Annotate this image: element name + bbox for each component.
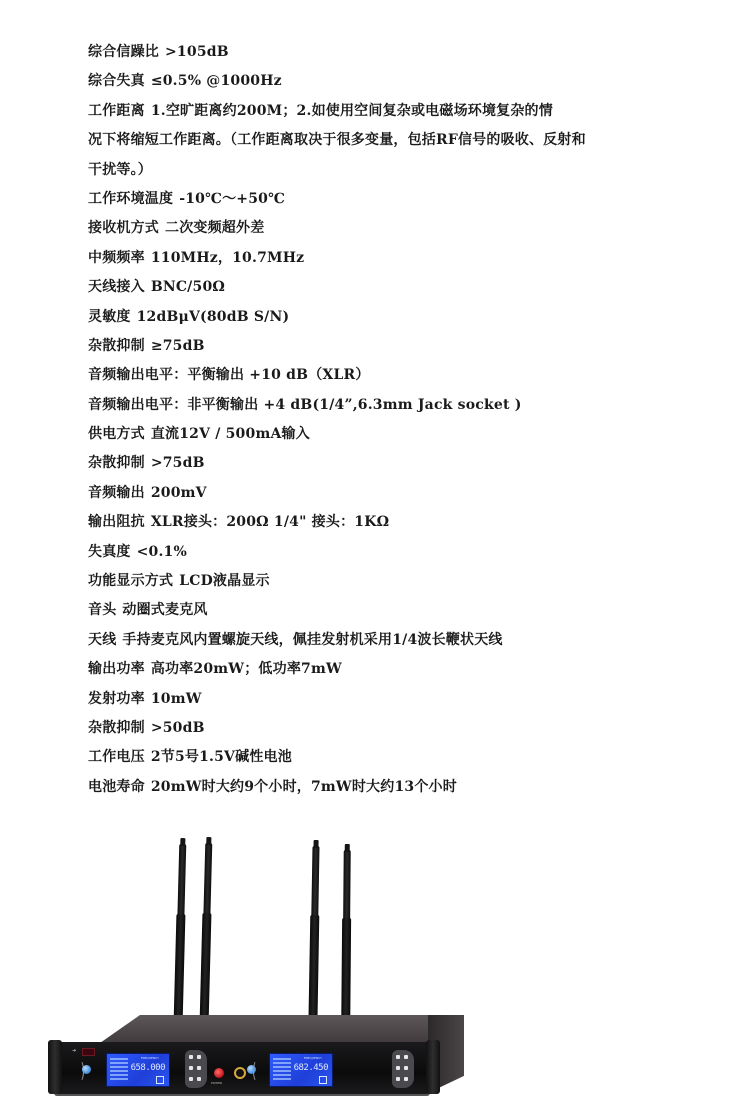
spec-label: 发射功率 <box>88 691 145 707</box>
spec-label: 供电方式 <box>88 426 145 442</box>
lcd-mode-icon <box>319 1076 327 1084</box>
spec-line: 失真度<0.1% <box>88 538 728 567</box>
down-key[interactable] <box>189 1066 193 1070</box>
antenna-icon <box>309 846 319 1019</box>
mute-key[interactable] <box>197 1066 201 1070</box>
lcd-caption: FREQUENCY <box>304 1056 322 1060</box>
spec-label: 失真度 <box>88 544 131 560</box>
spec-line: 供电方式直流12V / 500mA输入 <box>88 420 728 449</box>
spec-line: 灵敏度12dBμV(80dB S/N) <box>88 303 728 332</box>
key-cluster-b <box>392 1050 414 1088</box>
power-button[interactable] <box>214 1068 224 1078</box>
spec-line: 杂散抑制≥75dB <box>88 332 728 361</box>
spec-value: <0.1% <box>137 544 187 560</box>
spec-label: 音频输出 <box>88 485 145 501</box>
set-key[interactable] <box>404 1055 408 1059</box>
spec-label: 音频输出电平： <box>88 397 187 413</box>
power-label: POWER <box>211 1081 222 1085</box>
spec-line: 工作环境温度-10℃～+50℃ <box>88 185 728 214</box>
headphone-jack <box>234 1067 246 1079</box>
spec-label: 综合失真 <box>88 73 145 89</box>
rack-ear-left <box>48 1040 62 1094</box>
spec-line: 音频输出电平：平衡输出 +10 dB（XLR） <box>88 361 728 390</box>
spec-label: 中频频率 <box>88 250 145 266</box>
spec-label: 音头 <box>88 602 116 618</box>
spec-label: 天线接入 <box>88 279 145 295</box>
up-key[interactable] <box>189 1055 193 1059</box>
rf-af-meter-icon <box>110 1058 128 1080</box>
spec-line: 发射功率10mW <box>88 685 728 714</box>
spec-value: 2节5号1.5V碱性电池 <box>151 749 292 765</box>
spec-value: 平衡输出 +10 dB（XLR） <box>187 367 369 383</box>
spec-line: 输出阻抗XLR接头：200Ω 1/4" 接头：1KΩ <box>88 508 728 537</box>
spec-line: 中频频率110MHz，10.7MHz <box>88 244 728 273</box>
spec-line: 功能显示方式LCD液晶显示 <box>88 567 728 596</box>
spec-value: 110MHz，10.7MHz <box>151 250 304 266</box>
spec-line: 音频输出200mV <box>88 479 728 508</box>
spec-value: 10mW <box>151 691 202 707</box>
spec-label: 天线 <box>88 632 116 648</box>
spec-line: 输出功率高功率20mW；低功率7mW <box>88 655 728 684</box>
set-key[interactable] <box>197 1055 201 1059</box>
spec-value: 况下将缩短工作距离。（工作距离取决于很多变量，包括RF信号的吸收、反射和 <box>88 132 586 148</box>
spec-list: 综合信躁比>105dB 综合失真≤0.5% @1000Hz 工作距离1.空旷距离… <box>88 38 728 802</box>
spec-label: 综合信躁比 <box>88 44 159 60</box>
spec-line-continuation: 况下将缩短工作距离。（工作距离取决于很多变量，包括RF信号的吸收、反射和 <box>88 126 728 155</box>
volume-bracket <box>253 1060 261 1082</box>
mute-key[interactable] <box>404 1066 408 1070</box>
spec-label: 功能显示方式 <box>88 573 173 589</box>
spec-line: 电池寿命20mW时大约9个小时，7mW时大约13个小时 <box>88 773 728 802</box>
lcd-caption: FREQUENCY <box>141 1056 159 1060</box>
spec-value: 动圈式麦克风 <box>122 602 207 618</box>
spec-value: 干扰等。） <box>88 162 152 178</box>
key-cluster-a <box>185 1050 207 1088</box>
lcd-frequency: 682.450 <box>294 1063 328 1073</box>
spec-value: 直流12V / 500mA输入 <box>151 426 310 442</box>
spec-label: 音频输出电平： <box>88 367 187 383</box>
spec-line: 天线手持麦克风内置螺旋天线，佩挂发射机采用1/4波长鞭状天线 <box>88 626 728 655</box>
spec-value: >105dB <box>165 44 229 60</box>
antenna-icon <box>175 844 187 1018</box>
spec-value: 12dBμV(80dB S/N) <box>137 309 290 325</box>
spec-value: 200mV <box>151 485 207 501</box>
ir-sync-arrow-icon: ➜ <box>72 1048 76 1054</box>
lcd-frequency: 658.000 <box>131 1063 165 1073</box>
spec-line-continuation: 干扰等。） <box>88 156 728 185</box>
spec-value: 非平衡输出 +4 dB(1/4”,6.3mm Jack socket ) <box>187 397 521 413</box>
lcd-display-a: FREQUENCY 658.000 <box>106 1053 170 1087</box>
chassis-top <box>100 1015 433 1043</box>
spec-value: 20mW时大约9个小时，7mW时大约13个小时 <box>151 779 457 795</box>
spec-label: 工作电压 <box>88 749 145 765</box>
spec-value: LCD液晶显示 <box>179 573 270 589</box>
spec-line: 工作电压2节5号1.5V碱性电池 <box>88 743 728 772</box>
lcd-display-b: FREQUENCY 682.450 <box>269 1053 333 1087</box>
spec-line: 综合信躁比>105dB <box>88 38 728 67</box>
spec-label: 杂散抑制 <box>88 455 145 471</box>
spec-value: ≥75dB <box>151 338 205 354</box>
spec-line: 综合失真≤0.5% @1000Hz <box>88 67 728 96</box>
spec-line: 杂散抑制>75dB <box>88 449 728 478</box>
enter-key[interactable] <box>404 1077 408 1081</box>
spec-value: 二次变频超外差 <box>165 220 264 236</box>
antenna-icon <box>342 850 350 1020</box>
product-photo-wireless-receiver: ➜ FREQUENCY 658.000 POWER FREQUENCY 682.… <box>40 820 720 1117</box>
spec-line: 杂散抑制>50dB <box>88 714 728 743</box>
spec-label: 输出阻抗 <box>88 514 145 530</box>
ir-key[interactable] <box>396 1077 400 1081</box>
spec-label: 接收机方式 <box>88 220 159 236</box>
spec-label: 工作距离 <box>88 103 145 119</box>
spec-value: ≤0.5% @1000Hz <box>151 73 282 89</box>
spec-value: 高功率20mW；低功率7mW <box>151 661 342 677</box>
up-key[interactable] <box>396 1055 400 1059</box>
spec-value: 手持麦克风内置螺旋天线，佩挂发射机采用1/4波长鞭状天线 <box>122 632 502 648</box>
spec-value: 1.空旷距离约200M；2.如使用空间复杂或电磁场环境复杂的情 <box>151 103 553 119</box>
rack-ear-right <box>426 1040 440 1094</box>
spec-line: 天线接入BNC/50Ω <box>88 273 728 302</box>
spec-line: 接收机方式二次变频超外差 <box>88 214 728 243</box>
spec-label: 灵敏度 <box>88 309 131 325</box>
spec-label: 电池寿命 <box>88 779 145 795</box>
volume-knob-a <box>82 1065 91 1074</box>
spec-value: >75dB <box>151 455 205 471</box>
spec-value: XLR接头：200Ω 1/4" 接头：1KΩ <box>151 514 389 530</box>
spec-value: BNC/50Ω <box>151 279 225 295</box>
ir-key[interactable] <box>189 1077 193 1081</box>
spec-label: 输出功率 <box>88 661 145 677</box>
spec-label: 工作环境温度 <box>88 191 173 207</box>
rf-af-meter-icon <box>273 1058 291 1080</box>
spec-line: 工作距离1.空旷距离约200M；2.如使用空间复杂或电磁场环境复杂的情 <box>88 97 728 126</box>
channel-led-display <box>82 1048 95 1056</box>
spec-value: >50dB <box>151 720 205 736</box>
spec-line: 音频输出电平：非平衡输出 +4 dB(1/4”,6.3mm Jack socke… <box>88 391 728 420</box>
down-key[interactable] <box>396 1066 400 1070</box>
antenna-icon <box>201 843 213 1018</box>
spec-label: 杂散抑制 <box>88 720 145 736</box>
lcd-mode-icon <box>156 1076 164 1084</box>
enter-key[interactable] <box>197 1077 201 1081</box>
spec-label: 杂散抑制 <box>88 338 145 354</box>
spec-value: -10℃～+50℃ <box>179 191 285 207</box>
spec-line: 音头动圈式麦克风 <box>88 596 728 625</box>
